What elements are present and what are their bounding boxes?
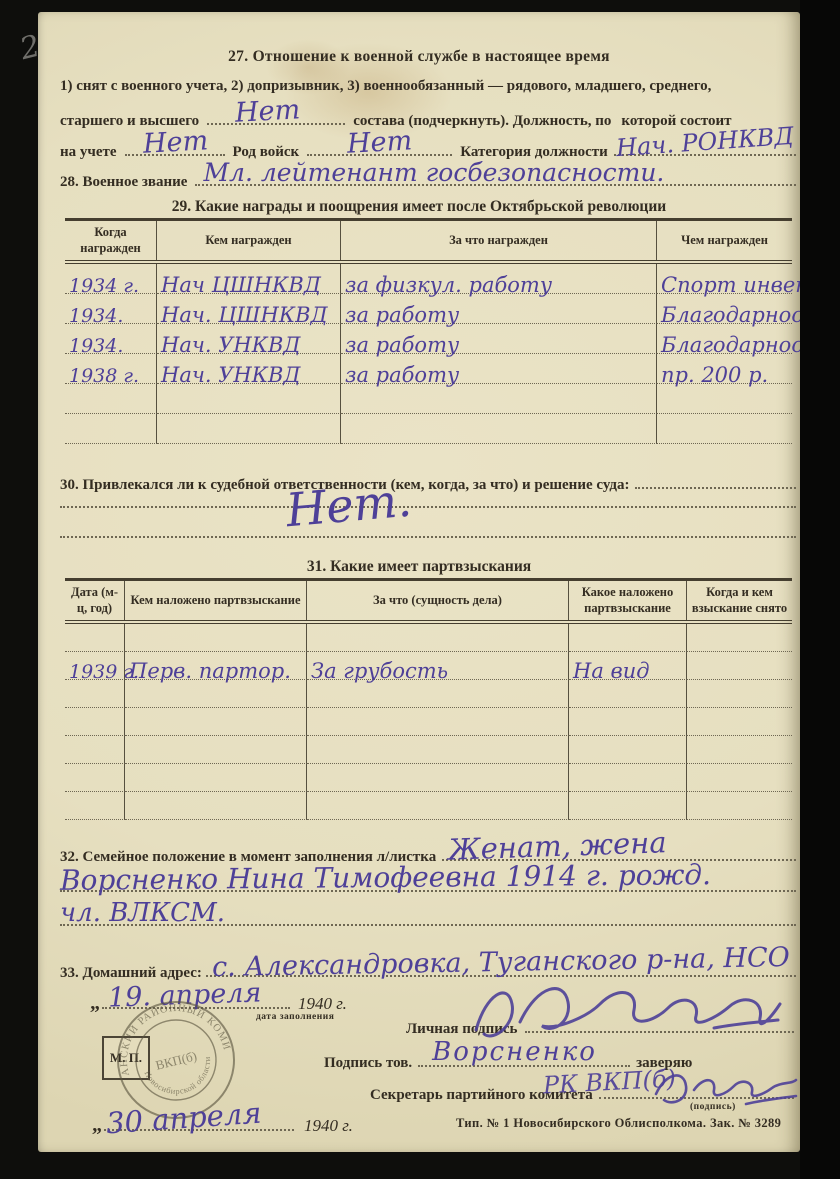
table-cell-hand-value: На вид (573, 661, 650, 682)
table-cell (569, 792, 687, 820)
table-cell (125, 792, 307, 820)
table-cell: За грубость (307, 652, 569, 680)
awards-table-body: 1934 г.Нач ЦШНКВДза физкул. работуСпорт … (65, 264, 792, 444)
rank-hand-value: Нет (234, 94, 301, 128)
section-29-heading: 29. Какие награды и поощрения имеет посл… (38, 198, 800, 216)
family-blank2: Ворсненко Нина Тимофеевна 1914 г. рожд. (60, 874, 796, 892)
table-cell (657, 384, 792, 414)
table-cell (65, 384, 157, 414)
table-cell-hand-value: Нач ЦШНКВД (161, 275, 321, 296)
register-blank: Нет (125, 139, 225, 156)
troops-hand-value: Нет (346, 125, 413, 159)
table-cell (65, 680, 125, 708)
table-cell-hand-value: за работу (345, 305, 459, 326)
bottom-open-quote: „ (92, 1114, 102, 1137)
section-31-heading: 31. Какие имеет партвзыскания (38, 558, 800, 576)
table-row (65, 414, 792, 444)
table-cell (569, 708, 687, 736)
section-28-label: 28. Военное звание (60, 174, 187, 191)
table-cell: 1939 г. (65, 652, 125, 680)
penalties-table-body: 1939 г.Перв. партор.За грубостьНа вид (65, 624, 792, 820)
table-cell: Спорт инвент. (657, 264, 792, 294)
table-cell (569, 624, 687, 652)
table-cell (125, 680, 307, 708)
table-cell: за работу (341, 354, 657, 384)
table-cell-hand-value: за работу (345, 365, 459, 386)
table-cell-hand-value: пр. 200 р. (661, 365, 768, 386)
table-cell (125, 736, 307, 764)
position-category-blank: Нач. РОНКВД (614, 139, 796, 156)
penalties-table: Дата (м-ц, год)Кем наложено партвзыскани… (65, 578, 792, 820)
table-cell: 1934. (65, 294, 157, 324)
court-blank-line1 (60, 506, 796, 508)
military-rank-hand-value: Мл. лейтенант госбезопасности. (203, 158, 664, 187)
table-cell (341, 414, 657, 444)
table-cell: 1934. (65, 324, 157, 354)
table-cell (307, 764, 569, 792)
table-cell (687, 764, 792, 792)
table-cell: Благодарность (657, 294, 792, 324)
table-cell (569, 764, 687, 792)
table-cell (687, 792, 792, 820)
table-row (65, 764, 792, 792)
court-blank-tail (635, 472, 796, 489)
table-cell (687, 652, 792, 680)
table-row (65, 708, 792, 736)
table-column-header: Дата (м-ц, год) (65, 581, 125, 620)
scanned-document-page: 2об 27. Отношение к военной службе в нас… (0, 0, 840, 1179)
table-cell-hand-value: Нач. ЦШНКВД (161, 305, 328, 326)
awards-table: Когда награжденКем награжденЗа что награ… (65, 218, 792, 444)
table-cell (307, 680, 569, 708)
table-cell-hand-value: за физкул. работу (345, 275, 552, 296)
table-cell-hand-value: за работу (345, 335, 459, 356)
section-27-heading: 27. Отношение к военной службе в настоящ… (38, 48, 800, 66)
table-cell (125, 624, 307, 652)
table-row (65, 384, 792, 414)
open-quote: „ (90, 992, 100, 1015)
table-column-header: Когда и кем взыскание снято (687, 581, 792, 620)
table-cell (157, 384, 341, 414)
typography-imprint: Тип. № 1 Новосибирского Облисполкома. За… (456, 1116, 781, 1131)
table-cell (687, 708, 792, 736)
table-cell (157, 414, 341, 444)
table-cell (65, 414, 157, 444)
bottom-date-blank: 30 апреля (104, 1114, 294, 1131)
table-cell (65, 708, 125, 736)
personal-signature-label: Личная подпись (406, 1021, 517, 1038)
fill-date-caption: дата заполнения (256, 1012, 334, 1022)
table-cell: 1938 г. (65, 354, 157, 384)
table-cell: На вид (569, 652, 687, 680)
rank-blank: Нет (207, 108, 345, 125)
register-hand-value: Нет (142, 125, 209, 159)
secretary-sign-caption: (подпись) (690, 1102, 736, 1112)
personal-signature-blank (525, 1016, 794, 1033)
table-cell: Нач. УНКВД (157, 354, 341, 384)
table-cell (65, 624, 125, 652)
awards-table-header: Когда награжденКем награжденЗа что награ… (65, 221, 792, 264)
troops-blank: Нет (307, 139, 452, 156)
table-cell-hand-value: За грубость (311, 661, 448, 682)
table-row: 1934.Нач. ЦШНКВДза работуБлагодарность (65, 294, 792, 324)
table-cell (687, 680, 792, 708)
court-hand-value: Нет. (284, 473, 414, 538)
table-column-header: Кем наложено партвзыскание (125, 581, 307, 620)
table-row (65, 792, 792, 820)
paper-sheet: 27. Отношение к военной службе в настоящ… (38, 12, 800, 1152)
family-blank3: чл. ВЛКСМ. (60, 908, 796, 926)
table-cell (125, 708, 307, 736)
table-cell (341, 384, 657, 414)
table-cell (307, 792, 569, 820)
table-cell (569, 680, 687, 708)
table-cell (65, 764, 125, 792)
table-column-header: Когда награжден (65, 221, 157, 260)
table-row (65, 624, 792, 652)
table-cell (307, 624, 569, 652)
section-27-line1: 1) снят с военного учета, 2) допризывник… (60, 78, 796, 95)
table-cell: за работу (341, 294, 657, 324)
address-hand-value: с. Александровка, Туганского р-на, НСО (212, 942, 790, 983)
table-row: 1934.Нач. УНКВДза работуБлагодарность (65, 324, 792, 354)
table-cell (125, 764, 307, 792)
table-column-header: Чем награжден (657, 221, 792, 260)
table-cell (307, 736, 569, 764)
table-cell-hand-value: Спорт инвент. (661, 275, 836, 296)
table-cell-hand-value: Благодарность (661, 305, 834, 326)
table-column-header: За что (сущность дела) (307, 581, 569, 620)
attest-blank: Ворсненко (418, 1050, 630, 1067)
penalties-table-header: Дата (м-ц, год)Кем наложено партвзыскани… (65, 581, 792, 624)
table-column-header: Какое наложено партвзыскание (569, 581, 687, 620)
table-row: 1934 г.Нач ЦШНКВДза физкул. работуСпорт … (65, 264, 792, 294)
table-cell-hand-value: Благодарность (661, 335, 834, 356)
military-rank-blank: Мл. лейтенант госбезопасности. (195, 169, 796, 186)
stamp-center-text: ВКП(б) (154, 1048, 198, 1073)
table-cell-hand-value: Нач. УНКВД (161, 365, 301, 386)
table-cell: Благодарность (657, 324, 792, 354)
family-hand-line2: Ворсненко Нина Тимофеевна 1914 г. рожд. (60, 858, 711, 897)
court-blank-line2 (60, 536, 796, 538)
bottom-date-year: 1940 г. (304, 1116, 353, 1136)
table-cell (65, 792, 125, 820)
table-cell (657, 414, 792, 444)
table-cell: Нач. ЦШНКВД (157, 294, 341, 324)
table-cell (65, 736, 125, 764)
table-cell (307, 708, 569, 736)
table-cell: Перв. партор. (125, 652, 307, 680)
attest-hand-name: Ворсненко (432, 1037, 597, 1067)
table-row: 1938 г.Нач. УНКВДза работупр. 200 р. (65, 354, 792, 384)
table-cell: Нач. УНКВД (157, 324, 341, 354)
table-cell: 1934 г. (65, 264, 157, 294)
table-cell: за работу (341, 324, 657, 354)
table-cell: Нач ЦШНКВД (157, 264, 341, 294)
table-row (65, 680, 792, 708)
fill-date-year: 1940 г. (298, 994, 347, 1014)
table-cell (687, 624, 792, 652)
table-row: 1939 г.Перв. партор.За грубостьНа вид (65, 652, 792, 680)
table-cell: за физкул. работу (341, 264, 657, 294)
table-cell: пр. 200 р. (657, 354, 792, 384)
register-label: на учете (60, 144, 117, 161)
table-column-header: За что награжден (341, 221, 657, 260)
address-blank: с. Александровка, Туганского р-на, НСО (206, 960, 796, 977)
table-row (65, 736, 792, 764)
family-hand-line3: чл. ВЛКСМ. (60, 898, 225, 928)
table-cell-hand-value: Перв. партор. (129, 661, 291, 682)
table-cell (569, 736, 687, 764)
attest-label: Подпись тов. (324, 1055, 412, 1072)
table-cell-hand-value: Нач. УНКВД (161, 335, 301, 356)
table-cell (687, 736, 792, 764)
table-column-header: Кем награжден (157, 221, 341, 260)
